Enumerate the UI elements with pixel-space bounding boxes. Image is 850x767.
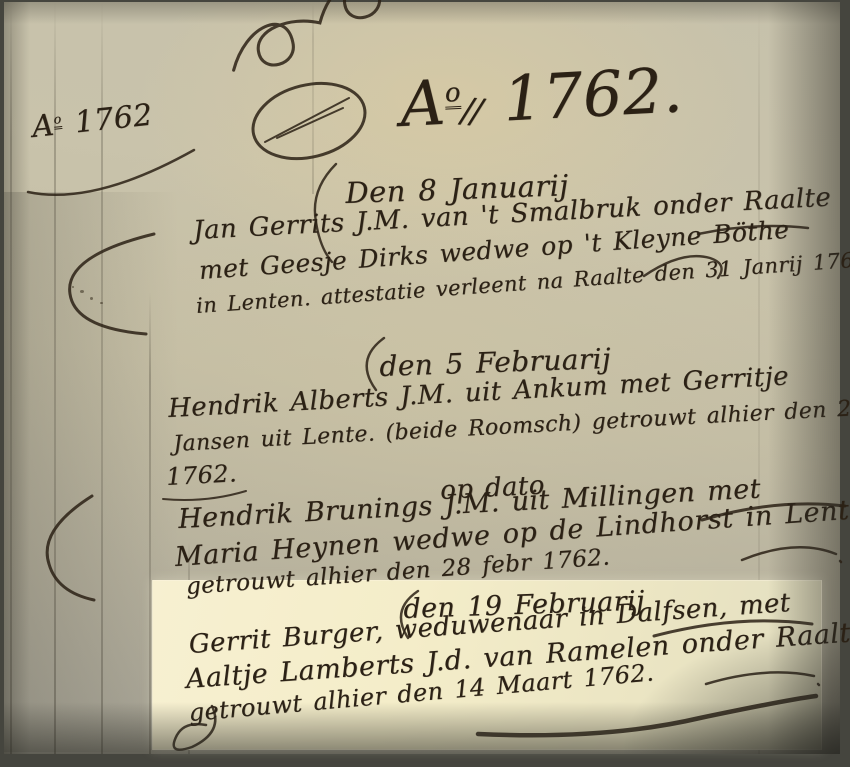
entry4-descender-loop [162, 702, 226, 756]
ink-speck [72, 286, 74, 288]
year-title: Ao// 1762. [398, 53, 684, 141]
margin-year-year: 1762 [73, 98, 154, 141]
ink-speck [90, 297, 93, 300]
margin-year-sup: o [53, 113, 63, 129]
paper-crease [10, 2, 12, 754]
entry-line: 1762. [166, 459, 238, 491]
paper-shadow [4, 2, 30, 754]
title-oval-flourish [247, 76, 377, 166]
margin-year-note: Ao 1762 [30, 98, 154, 145]
entry4-line2-swash [704, 664, 822, 692]
entry3-line2-swash [740, 534, 846, 568]
entry3-margin-brace [36, 492, 100, 606]
year-title-a: A [398, 66, 447, 141]
year-title-slashes: // [460, 91, 482, 133]
margin-underline-flourish [22, 140, 207, 204]
paper-crease [149, 292, 151, 754]
entry1-margin-brace [54, 228, 160, 342]
ink-speck [80, 290, 84, 293]
register-page-scan: Ao// 1762. Ao 1762 Den 8 Januarij Jan Ge… [4, 2, 840, 754]
year-title-year: 1762. [501, 53, 684, 135]
ink-speck [100, 302, 103, 304]
year-title-sup: o [444, 80, 462, 110]
photo-frame: Ao// 1762. Ao 1762 Den 8 Januarij Jan Ge… [0, 0, 850, 767]
entry4-date-underline-swash [474, 692, 822, 740]
